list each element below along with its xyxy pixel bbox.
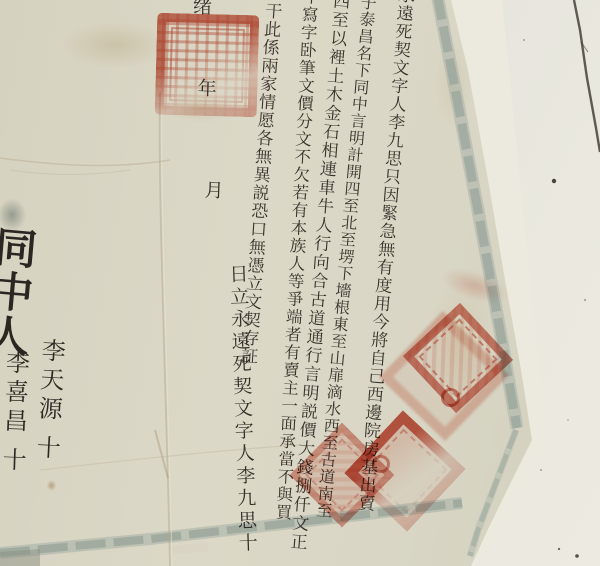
deed-photo: 永遠死契文字人李九思只因緊急無有度用今將自己西邊院房基出賣 子泰昌名下同中言明計… bbox=[0, 0, 600, 566]
month-character: 月 bbox=[202, 180, 222, 200]
witness-name-text: 李天源 bbox=[33, 337, 66, 425]
witness-cross-mark: 十 bbox=[0, 446, 27, 476]
table-crack bbox=[574, 0, 600, 152]
seal-ring-detail bbox=[441, 388, 460, 407]
witness-name-1: 李天源十 bbox=[33, 337, 64, 464]
witness-name-text: 李喜昌 bbox=[0, 350, 30, 438]
seal-ring-detail bbox=[372, 455, 390, 473]
background-specks bbox=[523, 39, 586, 558]
brown-spot bbox=[45, 478, 58, 493]
witness-name-2: 李喜昌十 bbox=[0, 350, 28, 477]
square-official-seal bbox=[155, 13, 260, 118]
witness-cross-mark: 十 bbox=[31, 434, 60, 464]
